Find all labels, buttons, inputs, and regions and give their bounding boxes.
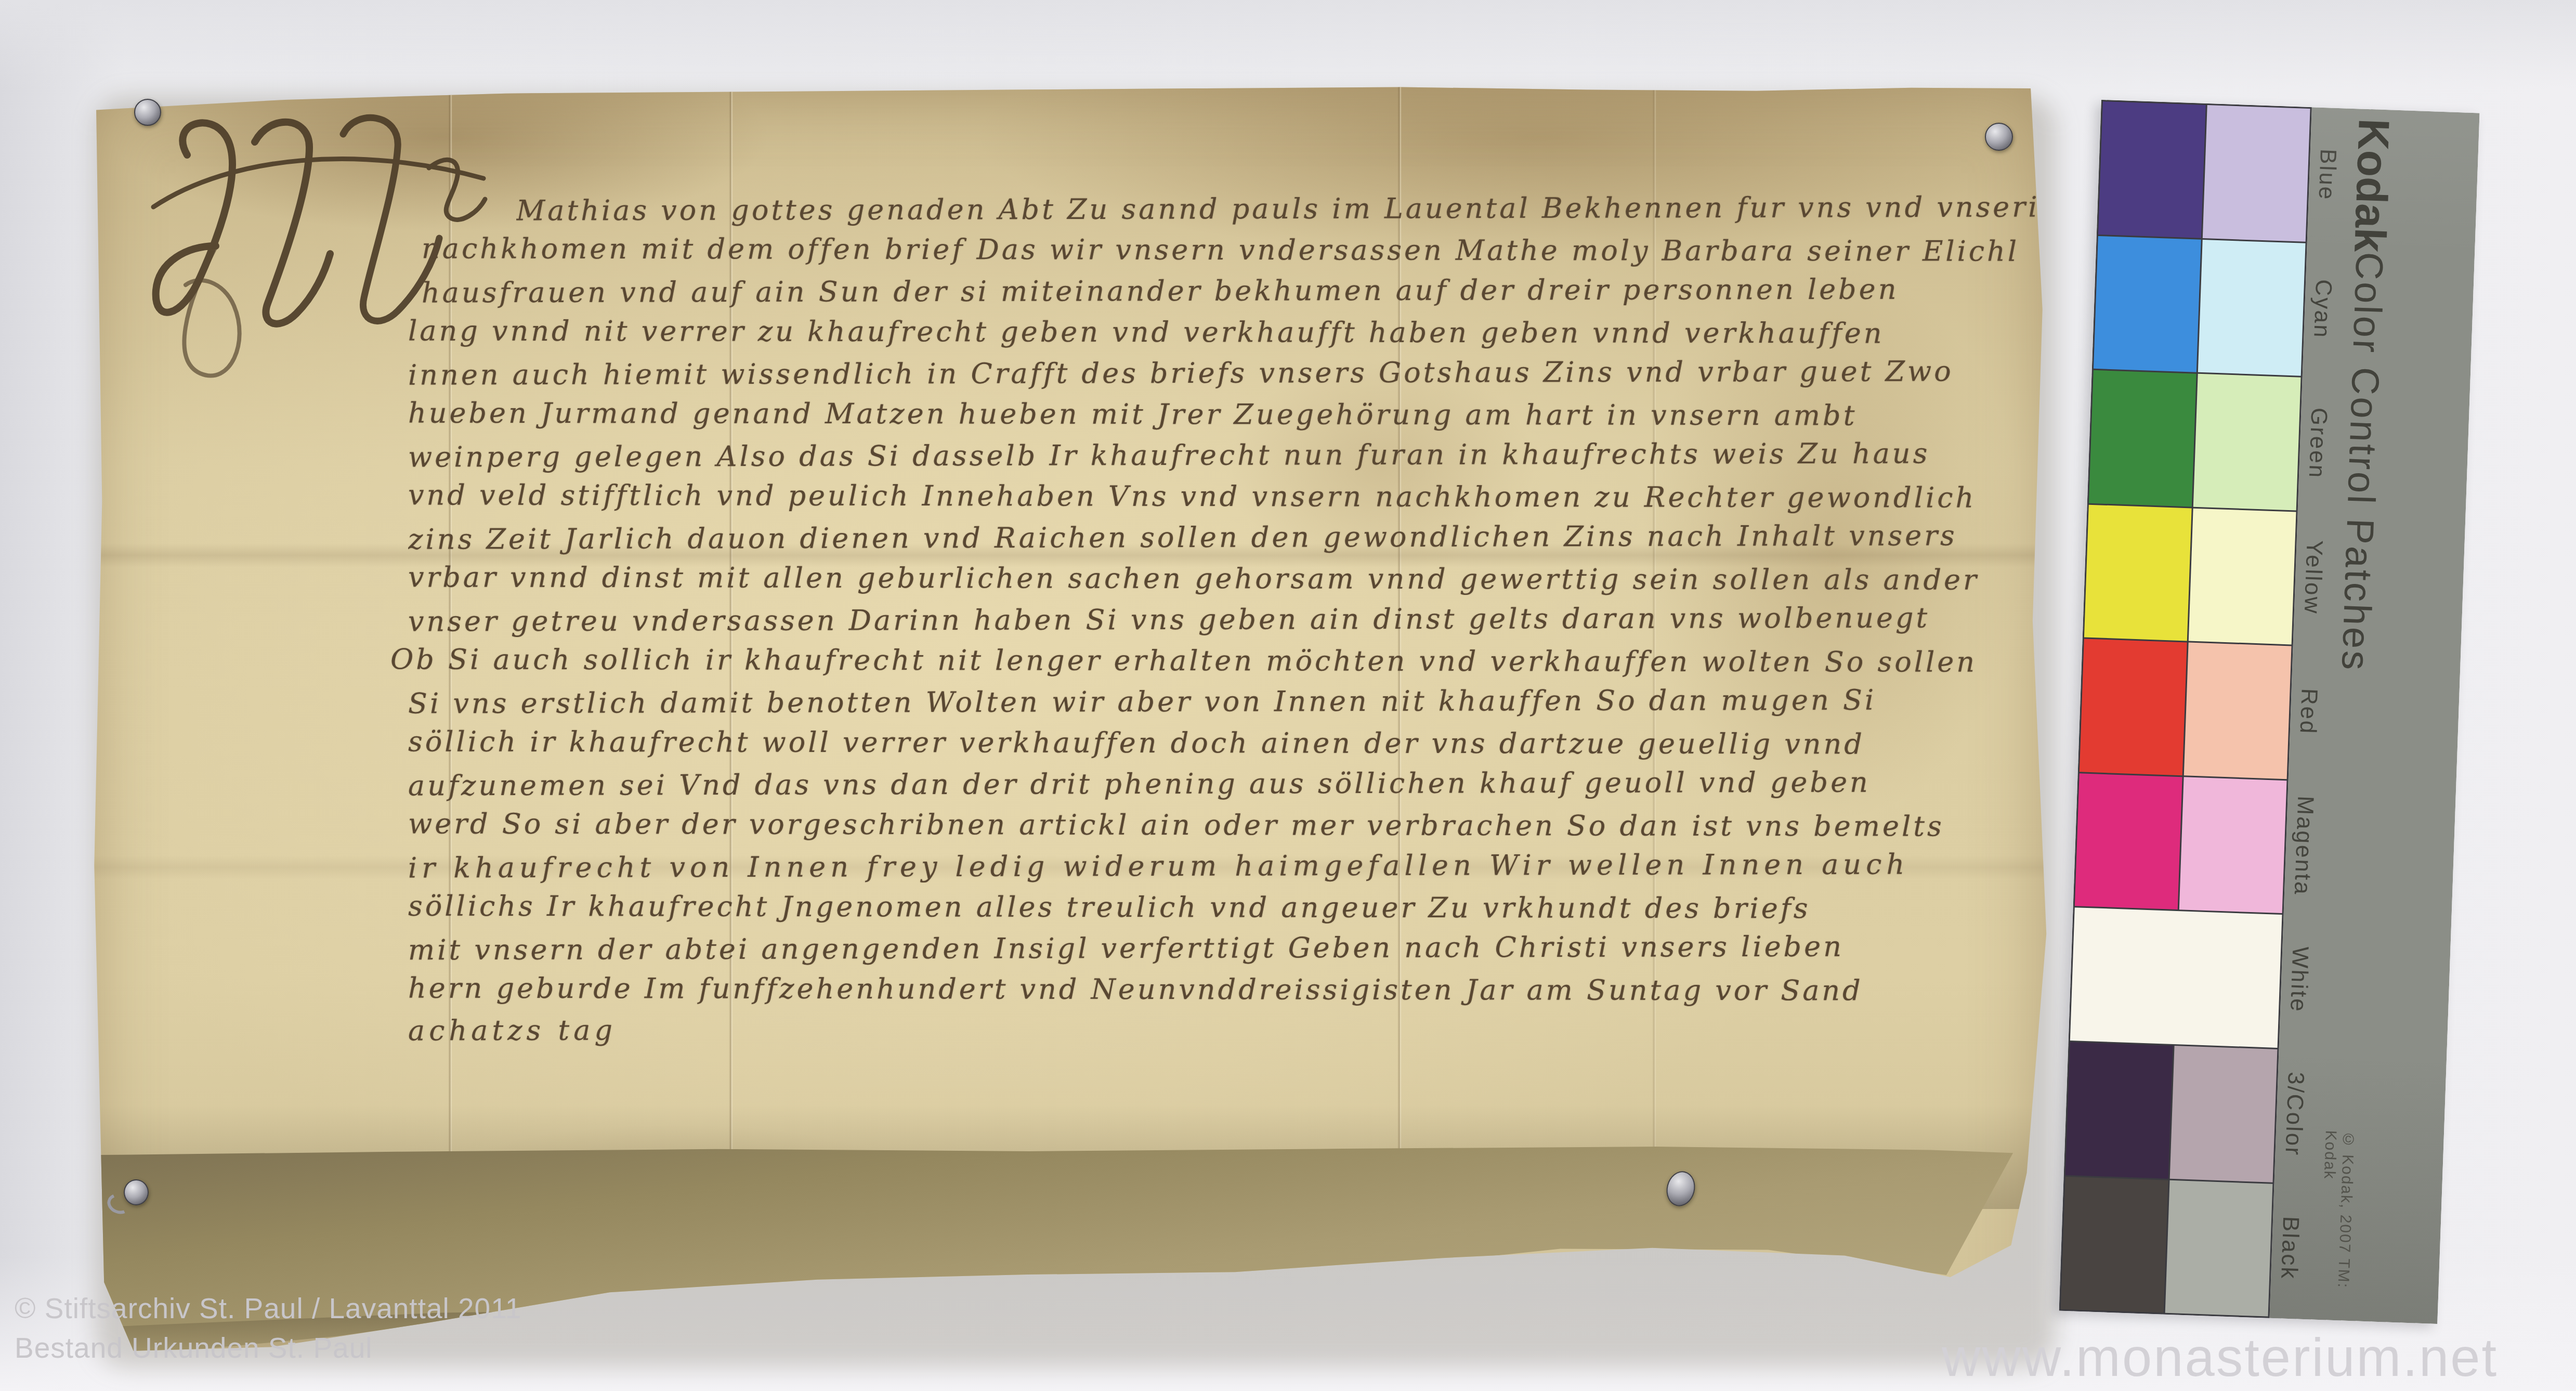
patch-solid: [2061, 1176, 2168, 1312]
patch-row: [2075, 773, 2287, 913]
charter-parchment: Wir Wir Mathias von gottes genaden Abt Z…: [88, 86, 2048, 1357]
charter-line: Ob Si auch sollich ir khaufrecht nit len…: [390, 643, 1977, 678]
patch-row: [2061, 1176, 2273, 1316]
patch-label: Red: [2292, 644, 2325, 779]
charter-line: nachkhomen mit dem offen brief Das wir v…: [422, 232, 2019, 267]
patch-row: [2080, 639, 2292, 779]
patch-row: [2065, 1042, 2278, 1182]
archive-credit: © Stiftsarchiv St. Paul / Lavanttal 2011…: [15, 1289, 521, 1368]
patch-label: 3/Color: [2278, 1047, 2311, 1182]
charter-line: weinperg gelegen Also das Si dasselb Ir …: [408, 437, 1930, 473]
charter-line: Si vns erstlich damit benotten Wolten wi…: [408, 684, 1876, 720]
charter-line: innen auch hiemit wissendlich in Crafft …: [408, 355, 1954, 391]
corner-pin-top-left: [134, 99, 161, 126]
patch-label: Cyan: [2306, 241, 2339, 376]
patch-row: [2094, 236, 2306, 376]
patch-solid: [2094, 236, 2201, 372]
patch-solid: [2098, 101, 2206, 238]
patch-tint: [2179, 777, 2287, 913]
patch-solid: [2080, 639, 2187, 775]
patch-tint: [2170, 1046, 2278, 1182]
patch-row: [2084, 504, 2296, 644]
archive-credit-line2: Bestand Urkunden St. Paul: [15, 1328, 521, 1368]
patch-row: [2098, 101, 2310, 241]
charter-line: vnser getreu vndersassen Darinn haben Si…: [408, 601, 1930, 638]
charter-text: Mathias von gottes genaden Abt Zu sannd …: [408, 86, 2124, 1357]
patch-tint: [2193, 374, 2301, 510]
patch-solid: [2065, 1042, 2173, 1178]
kodak-color-strip: Blue Cyan Green Yellow Red Magenta White…: [2059, 100, 2480, 1324]
charter-line: hueben Jurmand genand Matzen hueben mit …: [408, 397, 1857, 432]
charter-line: Mathias von gottes genaden Abt Zu sannd …: [516, 190, 2040, 227]
patch-label: Green: [2301, 375, 2335, 511]
charter-line: achatzs tag: [408, 1014, 617, 1047]
patch-solid: [2089, 370, 2196, 506]
patch-tint: [2203, 105, 2310, 241]
photo-backdrop: Wir Wir Mathias von gottes genaden Abt Z…: [0, 0, 2576, 1391]
patch-label: Yellow: [2296, 510, 2330, 645]
brand-title: KodakColor Control Patches: [2330, 118, 2399, 673]
corner-pin-top-right: [1985, 123, 2013, 151]
watermark: www.monasterium.net: [1942, 1327, 2498, 1388]
charter-line: zins Zeit Jarlich dauon dienen vnd Raich…: [408, 519, 1957, 555]
charter-line: hausfrauen vnd auf ain Sun der si mitein…: [422, 273, 1899, 309]
patch-solid: [2084, 504, 2192, 641]
patch-solid: [2070, 908, 2282, 1048]
charter-line: aufzunemen sei Vnd das vns dan der drit …: [408, 766, 1871, 802]
patch-label: Magenta: [2287, 778, 2321, 914]
kodak-logo-text: Kodak: [2345, 118, 2399, 253]
charter-line: lang vnnd nit verrer zu khaufrecht geben…: [408, 315, 1885, 350]
charter-line: hern geburde Im funffzehenhundert vnd Ne…: [408, 972, 1863, 1007]
patch-solid: [2075, 773, 2182, 909]
backdrop-top-shade: [0, 0, 2576, 88]
strip-title-text: Color Control Patches: [2334, 251, 2391, 672]
patch-label: Black: [2273, 1181, 2307, 1316]
charter-line: werd So si aber der vorgeschribnen artic…: [408, 807, 1944, 842]
charter-line: vnd veld stifftlich vnd peulich Innehabe…: [408, 478, 1976, 514]
charter-line: vrbar vnnd dinst mit allen geburlichen s…: [408, 561, 1979, 596]
patch-grid: [2059, 100, 2312, 1318]
patch-tint: [2198, 240, 2306, 376]
patch-tint: [2184, 643, 2292, 779]
charter-line: ir khaufrecht von Innen frey ledig wider…: [408, 848, 1909, 884]
charter-line: söllichs Ir khaufrecht Jngenomen alles t…: [408, 890, 1811, 925]
patch-row: [2070, 908, 2282, 1048]
patch-tint: [2165, 1180, 2273, 1316]
kodak-copyright: © Kodak, 2007 TM: Kodak: [2315, 1130, 2357, 1321]
patch-label: White: [2282, 913, 2316, 1048]
patch-row: [2089, 370, 2301, 510]
patch-label: Blue: [2310, 107, 2344, 242]
charter-line: mit vnsern der abtei angengenden Insigl …: [408, 930, 1844, 967]
charter-line: söllich ir khaufrecht woll verrer verkha…: [408, 725, 1865, 761]
patch-tint: [2189, 508, 2296, 644]
archive-credit-line1: © Stiftsarchiv St. Paul / Lavanttal 2011: [15, 1289, 521, 1328]
